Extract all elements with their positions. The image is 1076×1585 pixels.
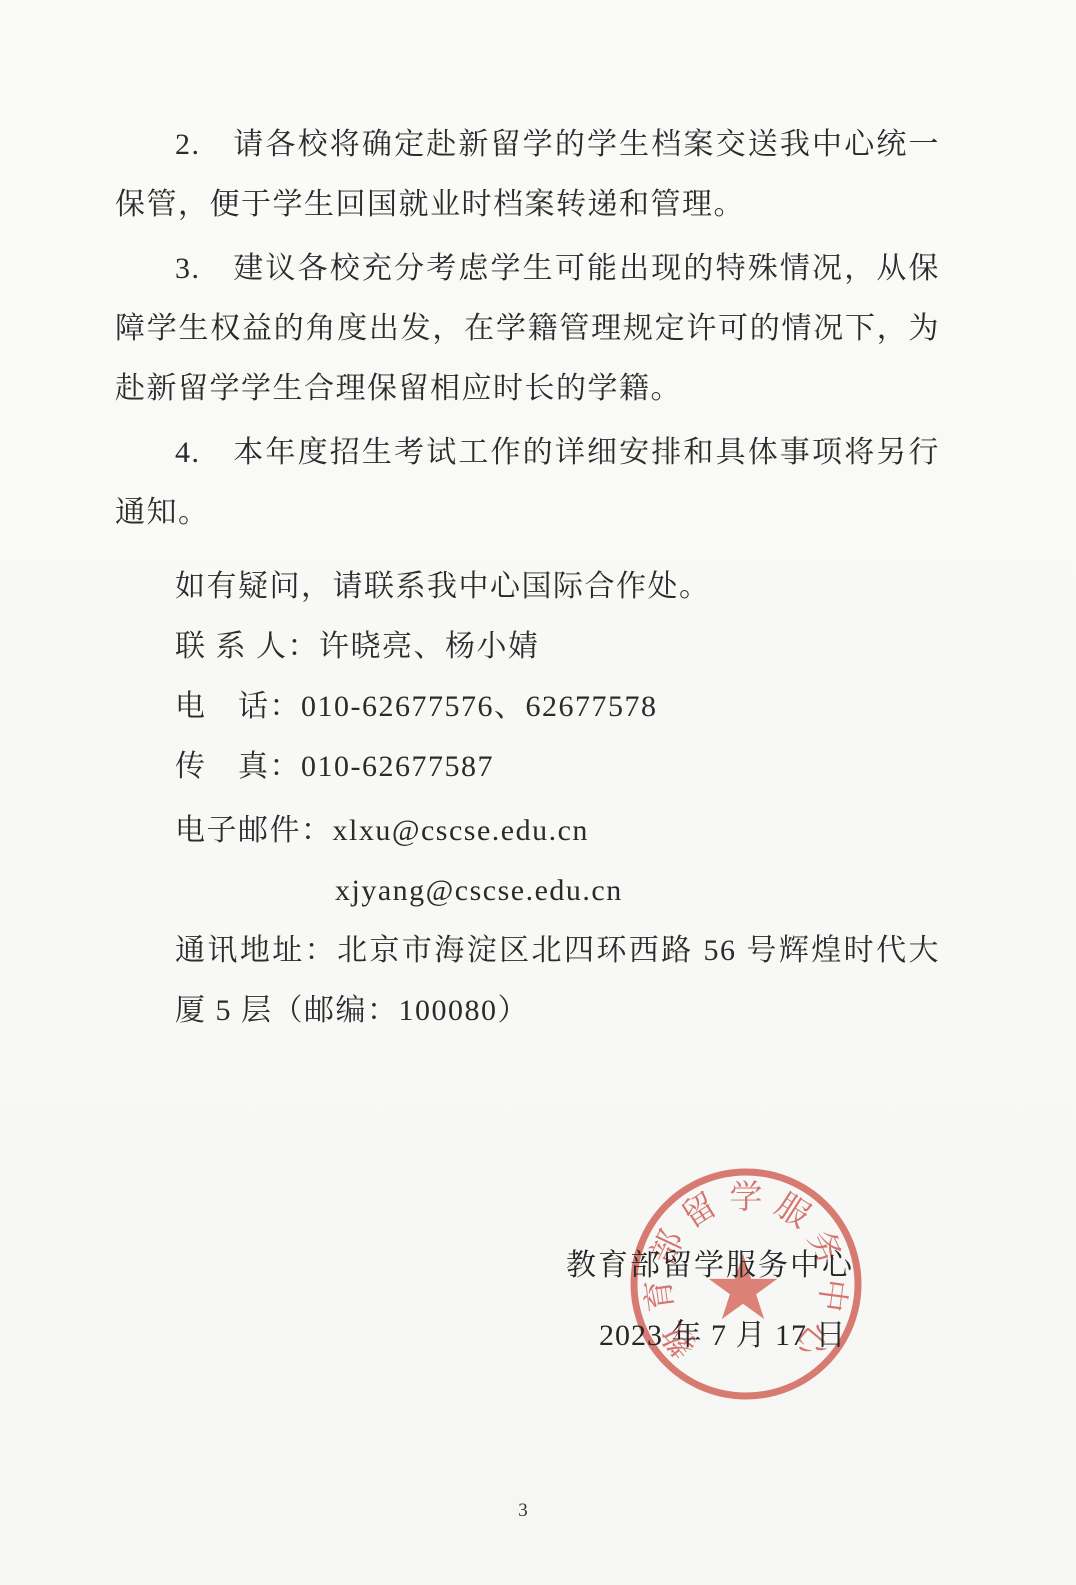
signature-organization: 教育部留学服务中心 bbox=[566, 1240, 854, 1284]
body-line: 如有疑问，请联系我中心国际合作处。 bbox=[115, 557, 940, 617]
contact-address-line-2: 厦 5 层（邮编：100080） bbox=[115, 981, 940, 1041]
document-body: 2. 请各校将确定赴新留学的学生档案交送我中心统一 保管，便于学生回国就业时档案… bbox=[115, 115, 940, 1041]
contact-email-line: 电子邮件：xlxu@cscse.edu.cn bbox=[115, 801, 940, 861]
contact-address-line: 通讯地址：北京市海淀区北四环西路 56 号辉煌时代大 bbox=[115, 921, 940, 981]
contact-phone-line: 电 话：010-62677576、62677578 bbox=[115, 677, 940, 737]
body-line: 通知。 bbox=[115, 483, 940, 543]
body-line: 4. 本年度招生考试工作的详细安排和具体事项将另行 bbox=[115, 423, 940, 483]
document-page: 2. 请各校将确定赴新留学的学生档案交送我中心统一 保管，便于学生回国就业时档案… bbox=[0, 0, 1076, 1585]
official-seal-stamp: 教育部留学服务中心 bbox=[618, 1156, 874, 1412]
body-line: 3. 建议各校充分考虑学生可能出现的特殊情况，从保 bbox=[115, 239, 940, 299]
contact-email-line-2: xjyang@cscse.edu.cn bbox=[115, 861, 940, 921]
body-line: 障学生权益的角度出发，在学籍管理规定许可的情况下，为 bbox=[115, 299, 940, 359]
body-line: 2. 请各校将确定赴新留学的学生档案交送我中心统一 bbox=[115, 115, 940, 175]
contact-person-line: 联 系 人：许晓亮、杨小婧 bbox=[115, 617, 940, 677]
body-line: 保管，便于学生回国就业时档案转递和管理。 bbox=[115, 175, 940, 235]
page-number: 3 bbox=[503, 1500, 543, 1522]
contact-fax-line: 传 真：010-62677587 bbox=[115, 737, 940, 797]
body-line: 赴新留学学生合理保留相应时长的学籍。 bbox=[115, 359, 940, 419]
signature-date: 2023 年 7 月 17 日 bbox=[599, 1310, 847, 1354]
svg-text:学: 学 bbox=[730, 1179, 763, 1216]
